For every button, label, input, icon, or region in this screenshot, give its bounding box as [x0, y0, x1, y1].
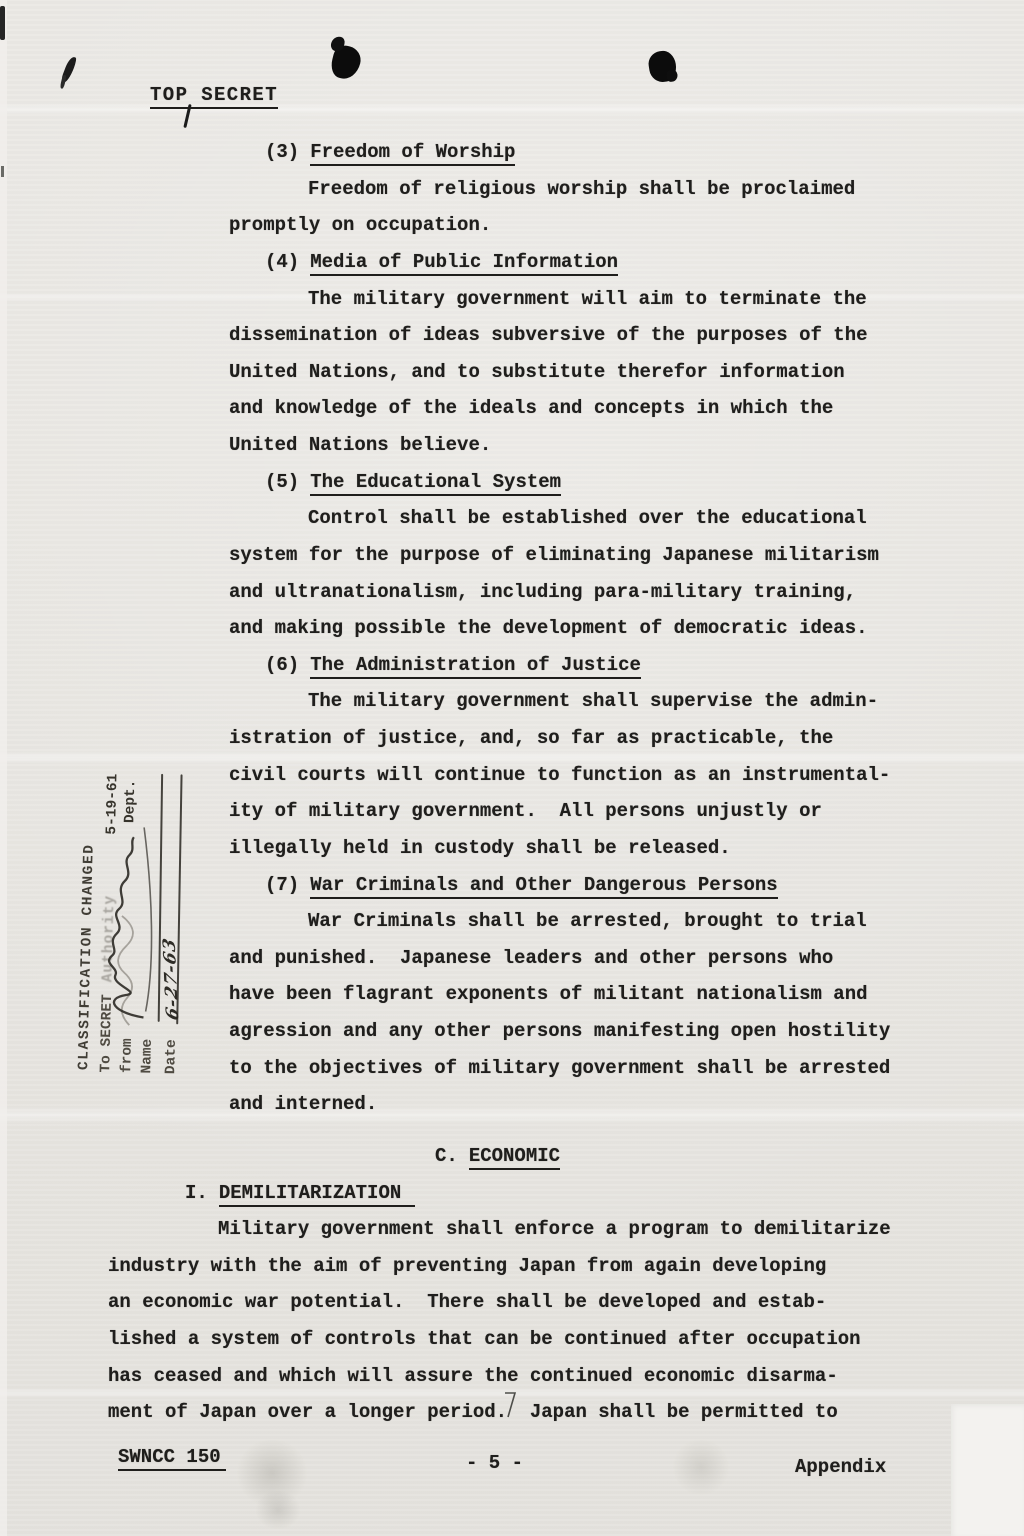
- heading-title: DEMILITARIZATION: [219, 1182, 415, 1207]
- section-heading: (5)The Educational System: [265, 464, 948, 501]
- section-title: War Criminals and Other Dangerous Person…: [310, 874, 777, 899]
- section-heading: (3)Freedom of Worship: [265, 134, 948, 171]
- stamp-line-title: CLASSIFICATION CHANGED: [76, 748, 100, 1070]
- scan-corner-patch: [951, 1404, 1024, 1536]
- paragraph-line: have been flagrant exponents of militant…: [229, 976, 948, 1013]
- handwritten-mark: [60, 55, 77, 83]
- section-number: (6): [265, 654, 299, 676]
- section-heading: (4)Media of Public Information: [265, 244, 948, 281]
- paragraph-line: Control shall be established over the ed…: [308, 500, 948, 537]
- paragraph-line: and knowledge of the ideals and concepts…: [229, 390, 948, 427]
- classification-marking: TOP SECRET: [150, 84, 278, 109]
- section-heading: (7)War Criminals and Other Dangerous Per…: [265, 867, 948, 904]
- edge-mark: [0, 6, 5, 40]
- section-number: (4): [265, 251, 299, 273]
- demilitarization-heading: I.DEMILITARIZATION: [185, 1175, 948, 1212]
- paragraph-line: istration of justice, and, so far as pra…: [229, 720, 948, 757]
- heading-letter: C.: [435, 1145, 458, 1167]
- ink-blot-right: [647, 49, 679, 84]
- section-number: (5): [265, 471, 299, 493]
- footer-page-number: - 5 -: [466, 1452, 523, 1474]
- economic-heading: C.ECONOMIC: [435, 1138, 948, 1175]
- paragraph-line: agression and any other persons manifest…: [229, 1013, 948, 1050]
- section-title: Media of Public Information: [310, 251, 618, 276]
- paragraph-line: industry with the aim of preventing Japa…: [108, 1248, 948, 1285]
- smudge: [255, 1490, 301, 1530]
- section-heading: (6)The Administration of Justice: [265, 647, 948, 684]
- paragraph-line: and interned.: [229, 1086, 948, 1123]
- classification-text: TOP SECRET: [150, 84, 278, 109]
- paragraph-line: has ceased and which will assure the con…: [108, 1358, 948, 1395]
- doc-id-text: SWNCC 150: [118, 1446, 226, 1471]
- smudge: [236, 1438, 308, 1508]
- paragraph-line: system for the purpose of eliminating Ja…: [229, 537, 948, 574]
- paragraph-line: ity of military government. All persons …: [229, 793, 948, 830]
- document-page: TOP SECRET (3)Freedom of Worship Freedom…: [0, 0, 1024, 1536]
- paragraph-line: United Nations believe.: [229, 427, 948, 464]
- edge-mark: [1, 166, 4, 177]
- paragraph-line: Freedom of religious worship shall be pr…: [308, 171, 948, 208]
- smudge: [672, 1438, 730, 1496]
- paragraph-line: and punished. Japanese leaders and other…: [229, 940, 948, 977]
- paragraph-line: The military government will aim to term…: [308, 281, 948, 318]
- heading-title: ECONOMIC: [469, 1145, 560, 1170]
- paragraph-line: an economic war potential. There shall b…: [108, 1284, 948, 1321]
- paragraph-line: The military government shall supervise …: [308, 683, 948, 720]
- body-text: (3)Freedom of Worship Freedom of religio…: [108, 134, 948, 1431]
- paragraph-line: ment of Japan over a longer period. Japa…: [108, 1394, 948, 1431]
- paragraph-line: civil courts will continue to function a…: [229, 757, 948, 794]
- section-title: The Administration of Justice: [310, 654, 641, 679]
- paragraph-line: to the objectives of military government…: [229, 1050, 948, 1087]
- scan-edge: [0, 0, 7, 1536]
- section-number: (7): [265, 874, 299, 896]
- paragraph-line: dissemination of ideas subversive of the…: [229, 317, 948, 354]
- section-number: (3): [265, 141, 299, 163]
- paragraph-line: War Criminals shall be arrested, brought…: [308, 903, 948, 940]
- paragraph-line: and making possible the development of d…: [229, 610, 948, 647]
- heading-numeral: I.: [185, 1182, 208, 1204]
- paragraph-line: lished a system of controls that can be …: [108, 1321, 948, 1358]
- paragraph-line: promptly on occupation.: [229, 207, 948, 244]
- ink-blot-left: [328, 43, 363, 82]
- footer-doc-id: SWNCC 150: [118, 1446, 226, 1471]
- paragraph-line: Military government shall enforce a prog…: [218, 1211, 948, 1248]
- section-gap: [108, 1123, 948, 1138]
- paragraph-line: and ultranationalism, including para-mil…: [229, 574, 948, 611]
- paragraph-line: United Nations, and to substitute theref…: [229, 354, 948, 391]
- paragraph-line: illegally held in custody shall be relea…: [229, 830, 948, 867]
- footer-appendix-label: Appendix: [795, 1456, 886, 1478]
- section-title: The Educational System: [310, 471, 561, 496]
- section-title: Freedom of Worship: [310, 141, 515, 166]
